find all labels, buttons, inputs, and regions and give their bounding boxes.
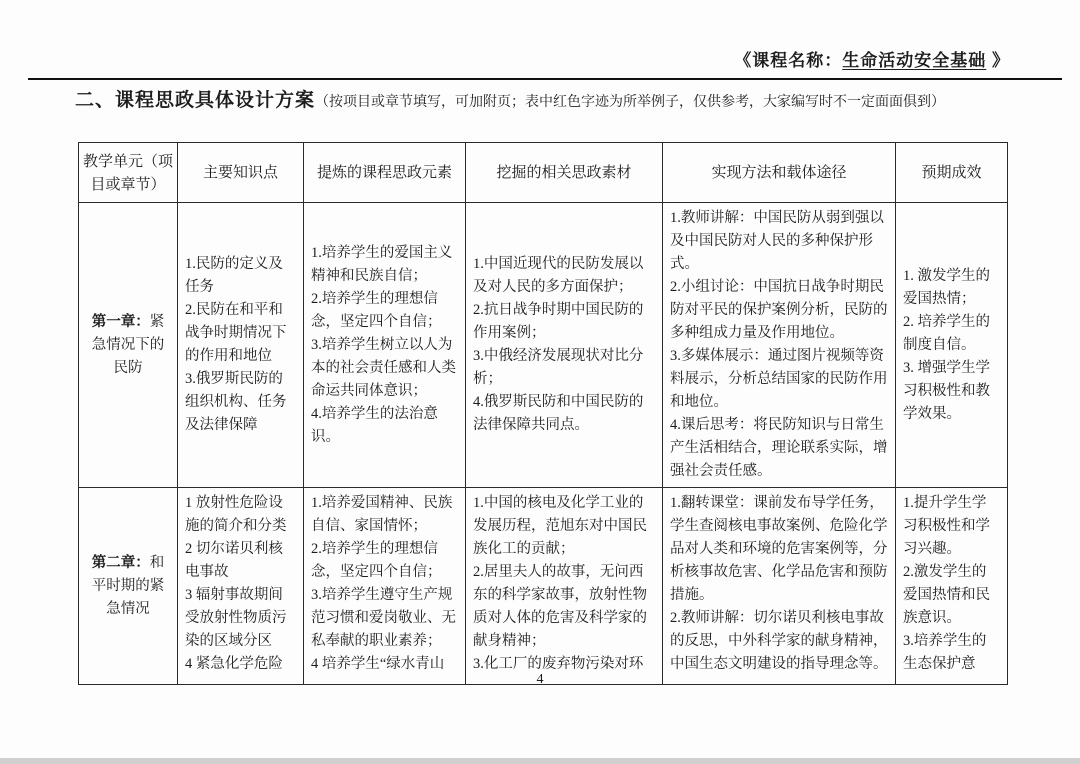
table-header-row: 教学单元（项目或章节） 主要知识点 提炼的课程思政元素 挖掘的相关思政素材 实现… <box>79 143 1008 203</box>
course-name-header: 《课程名称：生命活动安全基础 》 <box>734 46 1010 71</box>
knowledge-text-1: 1.民防的定义及任务 2.民防在和平和战争时期情况下的作用和地位 3.俄罗斯民防… <box>185 253 296 437</box>
methods-text-1: 1.教师讲解：中国民防从弱到强以及中国民防对人民的多种保护形式。 2.小组讨论：… <box>670 207 888 483</box>
col-header-methods: 实现方法和载体途径 <box>663 143 896 203</box>
page-number: 4 <box>0 672 1080 688</box>
cell-materials-1: 1.中国近现代的民防发展以及对人民的多方面保护； 2.抗日战争时期中国民防的作用… <box>466 203 663 488</box>
course-name-suffix: 》 <box>986 51 1010 70</box>
col-header-teaching-unit: 教学单元（项目或章节） <box>79 143 178 203</box>
course-design-table: 教学单元（项目或章节） 主要知识点 提炼的课程思政元素 挖掘的相关思政素材 实现… <box>78 142 1008 685</box>
elements-text-2: 1.培养爱国精神、民族自信、家国情怀； 2.培养学生的理想信念，坚定四个自信； … <box>311 492 458 678</box>
cell-knowledge-2: 1 放射性危险设施的简介和分类 2 切尔诺贝利核电事故 3 辐射事故期间受放射性… <box>178 488 304 685</box>
materials-text-1: 1.中国近现代的民防发展以及对人民的多方面保护； 2.抗日战争时期中国民防的作用… <box>473 253 655 437</box>
cell-materials-2: 1.中国的核电及化学工业的发展历程，范旭东对中国民族化工的贡献； 2.居里夫人的… <box>466 488 663 685</box>
course-name-value: 生命活动安全基础 <box>842 51 986 70</box>
cell-unit-1: 第一章：紧急情况下的民防 <box>79 203 178 488</box>
cell-methods-2: 1.翻转课堂：课前发布导学任务，学生查阅核电事故案例、危险化学品对人类和环境的危… <box>663 488 896 685</box>
chapter-1-label: 第一章： <box>92 314 150 330</box>
scan-edge <box>0 758 1080 764</box>
col-header-key-knowledge: 主要知识点 <box>178 143 304 203</box>
document-page: 《课程名称：生命活动安全基础 》 二、课程思政具体设计方案（按项目或章节填写，可… <box>0 0 1080 764</box>
cell-methods-1: 1.教师讲解：中国民防从弱到强以及中国民防对人民的多种保护形式。 2.小组讨论：… <box>663 203 896 488</box>
table-row-chapter-1: 第一章：紧急情况下的民防 1.民防的定义及任务 2.民防在和平和战争时期情况下的… <box>79 203 1008 488</box>
col-header-ideology-materials: 挖掘的相关思政素材 <box>466 143 663 203</box>
elements-text-1: 1.培养学生的爱国主义精神和民族自信； 2.培养学生的理想信念，坚定四个自信； … <box>311 242 458 449</box>
table-row-chapter-2: 第二章：和平时期的紧急情况 1 放射性危险设施的简介和分类 2 切尔诺贝利核电事… <box>79 488 1008 685</box>
outcomes-text-1: 1. 激发学生的爱国热情； 2. 培养学生的制度自信。 3. 增强学生学习积极性… <box>903 265 1000 426</box>
cell-unit-2: 第二章：和平时期的紧急情况 <box>79 488 178 685</box>
cell-elements-1: 1.培养学生的爱国主义精神和民族自信； 2.培养学生的理想信念，坚定四个自信； … <box>304 203 466 488</box>
section-title: 二、课程思政具体设计方案 <box>75 90 315 111</box>
cell-outcomes-1: 1. 激发学生的爱国热情； 2. 培养学生的制度自信。 3. 增强学生学习积极性… <box>896 203 1008 488</box>
col-header-ideology-elements: 提炼的课程思政元素 <box>304 143 466 203</box>
outcomes-text-2: 1.提升学生学习积极性和学习兴趣。 2.激发学生的爱国热情和民族意识。 3.培养… <box>903 492 1000 678</box>
header-divider <box>28 78 1062 80</box>
methods-text-2: 1.翻转课堂：课前发布导学任务，学生查阅核电事故案例、危险化学品对人类和环境的危… <box>670 492 888 678</box>
section-note: （按项目或章节填写，可加附页；表中红色字迹为所举例子，仅供参考，大家编写时不一定… <box>315 95 945 110</box>
section-title-row: 二、课程思政具体设计方案（按项目或章节填写，可加附页；表中红色字迹为所举例子，仅… <box>75 88 1060 116</box>
cell-knowledge-1: 1.民防的定义及任务 2.民防在和平和战争时期情况下的作用和地位 3.俄罗斯民防… <box>178 203 304 488</box>
cell-outcomes-2: 1.提升学生学习积极性和学习兴趣。 2.激发学生的爱国热情和民族意识。 3.培养… <box>896 488 1008 685</box>
materials-text-2: 1.中国的核电及化学工业的发展历程，范旭东对中国民族化工的贡献； 2.居里夫人的… <box>473 492 655 678</box>
knowledge-text-2: 1 放射性危险设施的简介和分类 2 切尔诺贝利核电事故 3 辐射事故期间受放射性… <box>185 492 296 678</box>
col-header-expected-outcomes: 预期成效 <box>896 143 1008 203</box>
chapter-2-label: 第二章： <box>92 555 150 571</box>
course-name-prefix: 《课程名称： <box>734 51 842 70</box>
cell-elements-2: 1.培养爱国精神、民族自信、家国情怀； 2.培养学生的理想信念，坚定四个自信； … <box>304 488 466 685</box>
